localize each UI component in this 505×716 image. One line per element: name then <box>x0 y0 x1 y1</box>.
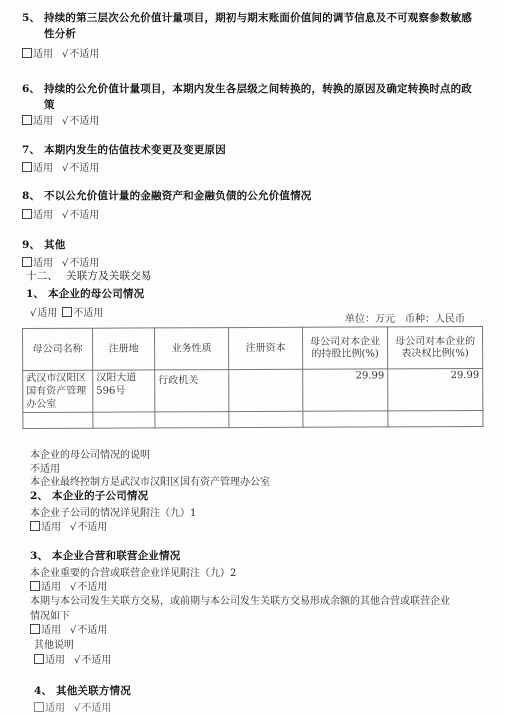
col-header: 母公司对本企业的持股比例(%) <box>302 327 387 369</box>
ultimate-controller-text: 本企业最终控制方是武汉市汉阳区国有资产管理办公室 <box>30 473 270 488</box>
other-notes-title: 其他说明 <box>34 636 74 651</box>
parent-note-title: 本企业的母公司情况的说明 <box>30 446 150 461</box>
item-6-options: 适用√不适用 <box>22 112 99 127</box>
checkmark-icon[interactable]: √ <box>62 210 68 221</box>
sub3-options-2: 适用√不适用 <box>30 621 107 636</box>
item-8-options: 适用√不适用 <box>22 206 99 221</box>
unchecked-box-icon[interactable] <box>30 521 40 531</box>
item-7-options: 适用√不适用 <box>22 159 99 174</box>
sub2-heading: 2、本企业的子公司情况 <box>30 488 148 503</box>
item-5-heading: 5、持续的第三层次公允价值计量项目，期初与期末账面价值间的调节信息及不可观察参数… <box>22 10 472 25</box>
unchecked-box-icon[interactable] <box>30 581 40 591</box>
table-row: 武汉市汉阳区国有资产管理办公室 汉阳大道596号 行政机关 29.99 29.9… <box>23 368 483 412</box>
sub4-heading: 4、其他关联方情况 <box>34 683 131 698</box>
empty-cell <box>303 411 388 427</box>
col-header: 母公司名称 <box>23 328 93 370</box>
unit-currency-label: 单位：万元 币种：人民币 <box>345 310 465 325</box>
sub1-options: √适用不适用 <box>30 304 103 319</box>
empty-cell <box>23 412 93 428</box>
item-7-heading: 7、本期内发生的估值技术变更及变更原因 <box>22 142 226 157</box>
cell-registered-address: 汉阳大道596号 <box>93 370 155 412</box>
unchecked-box-icon[interactable] <box>22 48 32 58</box>
cell-registered-capital <box>229 369 303 411</box>
checkmark-icon[interactable]: √ <box>62 163 68 174</box>
item-8-heading: 8、不以公允价值计量的金融资产和金融负债的公允价值情况 <box>22 188 312 203</box>
cell-business-nature: 行政机关 <box>155 370 229 412</box>
cell-parent-name: 武汉市汉阳区国有资产管理办公室 <box>23 370 93 412</box>
checkmark-icon[interactable]: √ <box>70 625 76 636</box>
item-9-options: 适用√不适用 <box>22 254 99 269</box>
table-row-empty <box>23 410 483 428</box>
unchecked-box-icon[interactable] <box>34 702 44 712</box>
empty-cell <box>388 410 483 426</box>
sub3-text2-cont: 情况如下 <box>30 607 70 622</box>
cell-shareholding-ratio: 29.99 <box>303 369 388 411</box>
col-header: 业务性质 <box>155 328 229 370</box>
sub3-heading: 3、本企业合营和联营企业情况 <box>30 548 180 563</box>
sub3-text2: 本期与本公司发生关联方交易，或前期与本公司发生关联方交易形成余额的其他合营或联营… <box>30 592 450 607</box>
parent-company-table: 母公司名称 注册地 业务性质 注册资本 母公司对本企业的持股比例(%) 母公司对… <box>22 326 483 429</box>
checkmark-icon[interactable]: √ <box>30 308 36 319</box>
sub2-options: 适用√不适用 <box>30 518 107 533</box>
empty-cell <box>229 411 303 427</box>
unchecked-box-icon[interactable] <box>34 654 44 664</box>
empty-cell <box>155 412 229 428</box>
checkmark-icon[interactable]: √ <box>62 116 68 127</box>
sub3-options-1: 适用√不适用 <box>30 578 107 593</box>
unchecked-box-icon[interactable] <box>30 624 40 634</box>
table-header-row: 母公司名称 注册地 业务性质 注册资本 母公司对本企业的持股比例(%) 母公司对… <box>23 326 483 370</box>
item-5-heading-cont: 性分析 <box>44 26 76 41</box>
item-5-options: 适用√不适用 <box>22 45 99 60</box>
item-9-heading: 9、其他 <box>22 237 65 252</box>
col-header: 母公司对本企业的表决权比例(%) <box>387 326 482 368</box>
checkmark-icon[interactable]: √ <box>70 522 76 533</box>
sub4-options: 适用√不适用 <box>34 699 111 714</box>
sub2-text: 本企业子公司的情况详见附注（九）1 <box>30 504 196 519</box>
section-12-heading: 十二、关联方及关联交易 <box>26 268 152 283</box>
unchecked-box-icon[interactable] <box>22 115 32 125</box>
unchecked-box-icon[interactable] <box>22 257 32 267</box>
empty-cell <box>93 412 155 428</box>
sub3-options-3: 适用√不适用 <box>34 651 111 666</box>
col-header: 注册资本 <box>229 327 303 369</box>
sub1-heading: 1、本企业的母公司情况 <box>26 286 144 301</box>
sub3-text: 本企业重要的合营或联营企业详见附注（九）2 <box>30 564 236 579</box>
checkmark-icon[interactable]: √ <box>62 49 68 60</box>
item-6-heading-cont: 策 <box>44 97 55 112</box>
checkmark-icon[interactable]: √ <box>74 655 80 666</box>
unchecked-box-icon[interactable] <box>62 307 72 317</box>
item-6-heading: 6、持续的公允价值计量项目，本期内发生各层级之间转换的，转换的原因及确定转换时点… <box>22 81 472 96</box>
unchecked-box-icon[interactable] <box>22 162 32 172</box>
checkmark-icon[interactable]: √ <box>74 703 80 714</box>
col-header: 注册地 <box>93 328 155 370</box>
cell-voting-ratio: 29.99 <box>388 368 483 410</box>
unchecked-box-icon[interactable] <box>22 209 32 219</box>
